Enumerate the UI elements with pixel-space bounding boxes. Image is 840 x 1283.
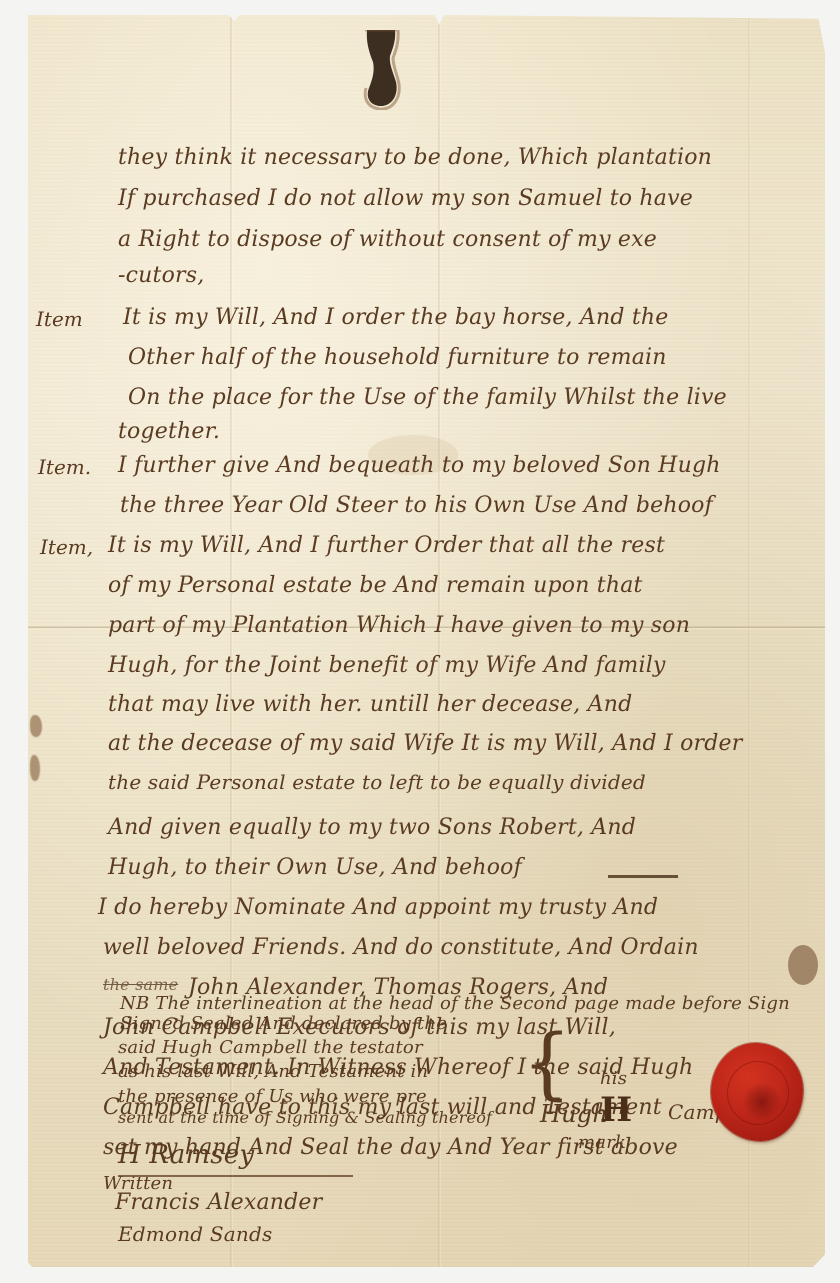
executors-line: I do hereby Nominate And appoint my trus… bbox=[98, 895, 658, 920]
item-line: It is my Will, And I further Order that … bbox=[108, 533, 665, 558]
attestation-line: Signed Sealed And declared by the bbox=[120, 1013, 447, 1034]
item-margin-label: Item, bbox=[40, 535, 93, 559]
item-line: Hugh, for the Joint benefit of my Wife A… bbox=[108, 653, 666, 678]
witness-signature: H Ramsey bbox=[118, 1140, 254, 1170]
item-line: together. bbox=[118, 419, 220, 444]
item-line: that may live with her. untill her decea… bbox=[108, 692, 632, 717]
body-line: a Right to dispose of without consent of… bbox=[118, 227, 657, 252]
signature-his: his bbox=[600, 1068, 627, 1089]
item-line: And given equally to my two Sons Robert,… bbox=[108, 815, 636, 840]
witness-signature: Francis Alexander bbox=[115, 1190, 322, 1215]
testator-mark: H bbox=[600, 1090, 632, 1130]
end-flourish bbox=[608, 875, 678, 878]
strike-through bbox=[118, 1175, 353, 1177]
item-line: On the place for the Use of the family W… bbox=[128, 385, 727, 410]
attestation-line: the presence of Us who were pre bbox=[118, 1086, 427, 1107]
edge-stain bbox=[30, 715, 42, 737]
attestation-line: as his last Will, And Testament in bbox=[118, 1061, 428, 1082]
item-line: Other half of the household furniture to… bbox=[128, 345, 667, 370]
body-line: -cutors, bbox=[118, 263, 204, 288]
edge-stain bbox=[30, 755, 40, 781]
wax-seal bbox=[711, 1043, 803, 1141]
item-line: the three Year Old Steer to his Own Use … bbox=[120, 493, 713, 518]
item-line: I further give And bequeath to my belove… bbox=[118, 453, 721, 478]
body-line: If purchased I do not allow my son Samue… bbox=[118, 186, 693, 211]
bracket-brace: { bbox=[522, 1025, 572, 1103]
item-margin-label: Item bbox=[36, 307, 83, 331]
witness-signature: Edmond Sands bbox=[118, 1222, 272, 1246]
seal-impression bbox=[727, 1061, 789, 1125]
body-line: they think it necessary to be done, Whic… bbox=[118, 145, 712, 170]
ink-blot bbox=[363, 30, 403, 110]
ink-stain bbox=[788, 945, 818, 985]
item-line: the said Personal estate to left to be e… bbox=[108, 770, 646, 794]
item-line: at the decease of my said Wife It is my … bbox=[108, 731, 742, 756]
item-line: Hugh, to their Own Use, And behoof bbox=[108, 855, 522, 880]
item-line: of my Personal estate be And remain upon… bbox=[108, 573, 643, 598]
struck-words: the same bbox=[103, 975, 178, 994]
attestation-line: sent at the time of Signing & Sealing th… bbox=[118, 1108, 492, 1127]
signature-first-name: Hugh bbox=[540, 1100, 608, 1128]
nota-bene-note: NB The interlineation at the head of the… bbox=[120, 993, 790, 1014]
item-margin-label: Item. bbox=[38, 455, 91, 479]
signature-mark-label: mark bbox=[578, 1132, 626, 1153]
item-line: It is my Will, And I order the bay horse… bbox=[123, 305, 668, 330]
attestation-line: said Hugh Campbell the testator bbox=[118, 1037, 423, 1058]
item-line: part of my Plantation Which I have given… bbox=[108, 613, 690, 638]
executors-line: well beloved Friends. And do constitute,… bbox=[103, 935, 699, 960]
